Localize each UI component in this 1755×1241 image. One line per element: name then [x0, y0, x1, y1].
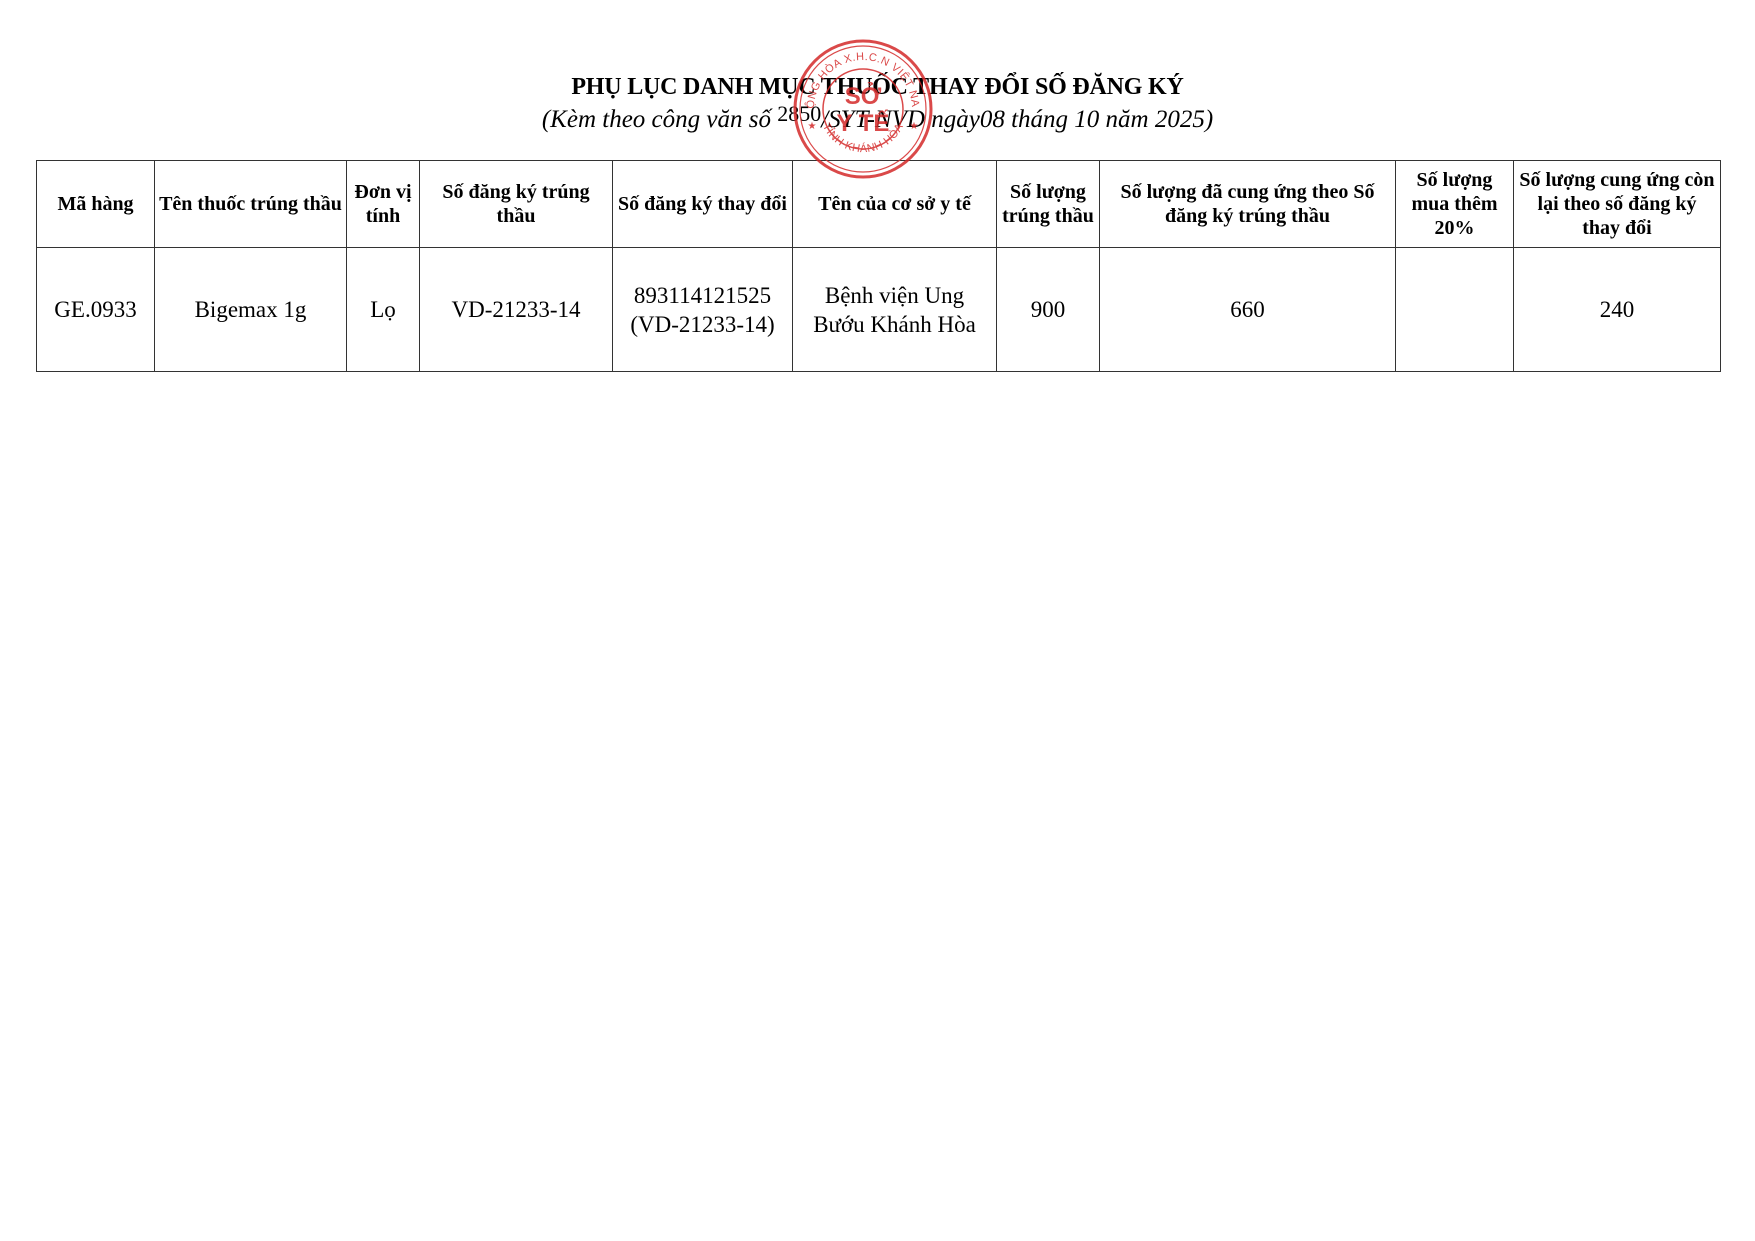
document-number: 2850 [777, 101, 821, 126]
col-header-sl-mua-them: Số lượng mua thêm 20% [1396, 161, 1514, 248]
cell-sl-mua-them [1396, 248, 1514, 372]
cell-sl-con-lai: 240 [1514, 248, 1721, 372]
drug-change-table: Mã hàng Tên thuốc trúng thầu Đơn vị tính… [36, 160, 1721, 372]
col-header-sl-da-cung-ung: Số lượng đã cung ứng theo Số đăng ký trú… [1100, 161, 1396, 248]
cell-sdk-trung-thau: VD-21233-14 [420, 248, 613, 372]
cell-don-vi-tinh: Lọ [347, 248, 420, 372]
col-header-sdk-trung-thau: Số đăng ký trúng thầu [420, 161, 613, 248]
subtitle-suffix: tháng 10 năm 2025) [1005, 106, 1213, 133]
col-header-don-vi-tinh: Đơn vị tính [347, 161, 420, 248]
cell-sl-da-cung-ung: 660 [1100, 248, 1396, 372]
cell-sdk-thay-doi: 893114121525 (VD-21233-14) [613, 248, 793, 372]
table-row: GE.0933 Bigemax 1g Lọ VD-21233-14 893114… [37, 248, 1721, 372]
table-header-row: Mã hàng Tên thuốc trúng thầu Đơn vị tính… [37, 161, 1721, 248]
cell-sl-trung-thau: 900 [997, 248, 1100, 372]
sdk-thay-doi-old: (VD-21233-14) [617, 310, 788, 339]
co-so-y-te-line2: Bướu Khánh Hòa [797, 310, 992, 339]
cell-ten-thuoc: Bigemax 1g [155, 248, 347, 372]
col-header-sl-trung-thau: Số lượng trúng thầu [997, 161, 1100, 248]
co-so-y-te-line1: Bệnh viện Ung [797, 281, 992, 310]
col-header-ma-hang: Mã hàng [37, 161, 155, 248]
document-title: PHỤ LỤC DANH MỤC THUỐC THAY ĐỔI SỐ ĐĂNG … [0, 72, 1755, 102]
col-header-sl-con-lai: Số lượng cung ứng còn lại theo số đăng k… [1514, 161, 1721, 248]
sdk-thay-doi-new: 893114121525 [617, 281, 788, 310]
subtitle-mid: /SYT-NVD ngày [821, 106, 980, 133]
subtitle-prefix: (Kèm theo công văn số [542, 106, 777, 133]
col-header-ten-thuoc: Tên thuốc trúng thầu [155, 161, 347, 248]
document-subtitle: (Kèm theo công văn số 2850/SYT-NVD ngày0… [0, 104, 1755, 136]
col-header-sdk-thay-doi: Số đăng ký thay đổi [613, 161, 793, 248]
document-day: 08 [980, 106, 1005, 133]
cell-co-so-y-te: Bệnh viện Ung Bướu Khánh Hòa [793, 248, 997, 372]
cell-ma-hang: GE.0933 [37, 248, 155, 372]
col-header-co-so-y-te: Tên của cơ sở y tế [793, 161, 997, 248]
